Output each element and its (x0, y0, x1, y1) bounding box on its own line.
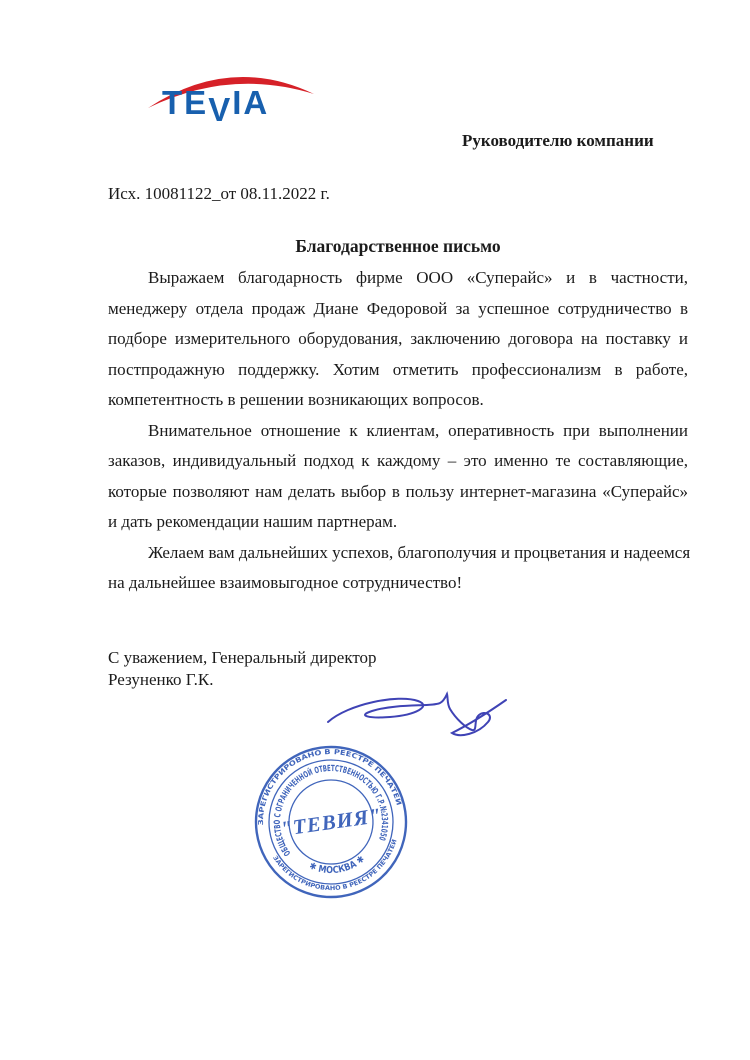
body-line: и дать рекомендации нашим партнерам. (108, 507, 688, 538)
body-line: заказов, индивидуальный подход к каждому… (108, 446, 688, 477)
body-line: Желаем вам дальнейших успехов, благополу… (108, 538, 688, 569)
stamp-moscow-text: ✱ МОСКВА ✱ (306, 853, 368, 880)
stamp-center-text: "ТЕВИЯ" (279, 803, 383, 841)
logo-letter: E (184, 84, 208, 122)
body-line: которые позволяют нам делать выбор в пол… (108, 477, 688, 508)
body-line: Выражаем благодарность фирме ООО «Супера… (108, 263, 688, 294)
closing-line-1: С уважением, Генеральный директор (108, 647, 377, 669)
signature-stroke (328, 694, 506, 735)
letter-page: TEVIA Руководителю компании Исх. 1008112… (0, 0, 750, 1060)
body-line: компетентность в решении возникающих воп… (108, 385, 688, 416)
recipient-line: Руководителю компании (462, 131, 654, 151)
letter-title: Благодарственное письмо (108, 236, 688, 257)
body-line: на дальнейшее взаимовыгодное сотрудничес… (108, 568, 688, 599)
reference-line: Исх. 10081122_от 08.11.2022 г. (108, 184, 330, 204)
letter-body: Выражаем благодарность фирме ООО «Супера… (108, 263, 688, 599)
logo-letter: T (162, 84, 184, 122)
body-line: Внимательное отношение к клиентам, опера… (108, 416, 688, 447)
closing-block: С уважением, Генеральный директор Резуне… (108, 647, 377, 691)
body-line: подборе измерительного оборудования, зак… (108, 324, 688, 355)
company-logo: TEVIA (146, 62, 326, 122)
body-line: постпродажную поддержку. Хотим отметить … (108, 355, 688, 386)
body-line: менеджеру отдела продаж Диане Федоровой … (108, 294, 688, 325)
logo-letter: V (208, 91, 232, 129)
logo-text: TEVIA (162, 84, 269, 122)
logo-letter: A (243, 84, 269, 122)
logo-letter: I (232, 84, 243, 122)
company-stamp: ЗАРЕГИСТРИРОВАНО В РЕЕСТРЕ ПЕЧАТЕЙ ЗАРЕГ… (246, 737, 416, 907)
